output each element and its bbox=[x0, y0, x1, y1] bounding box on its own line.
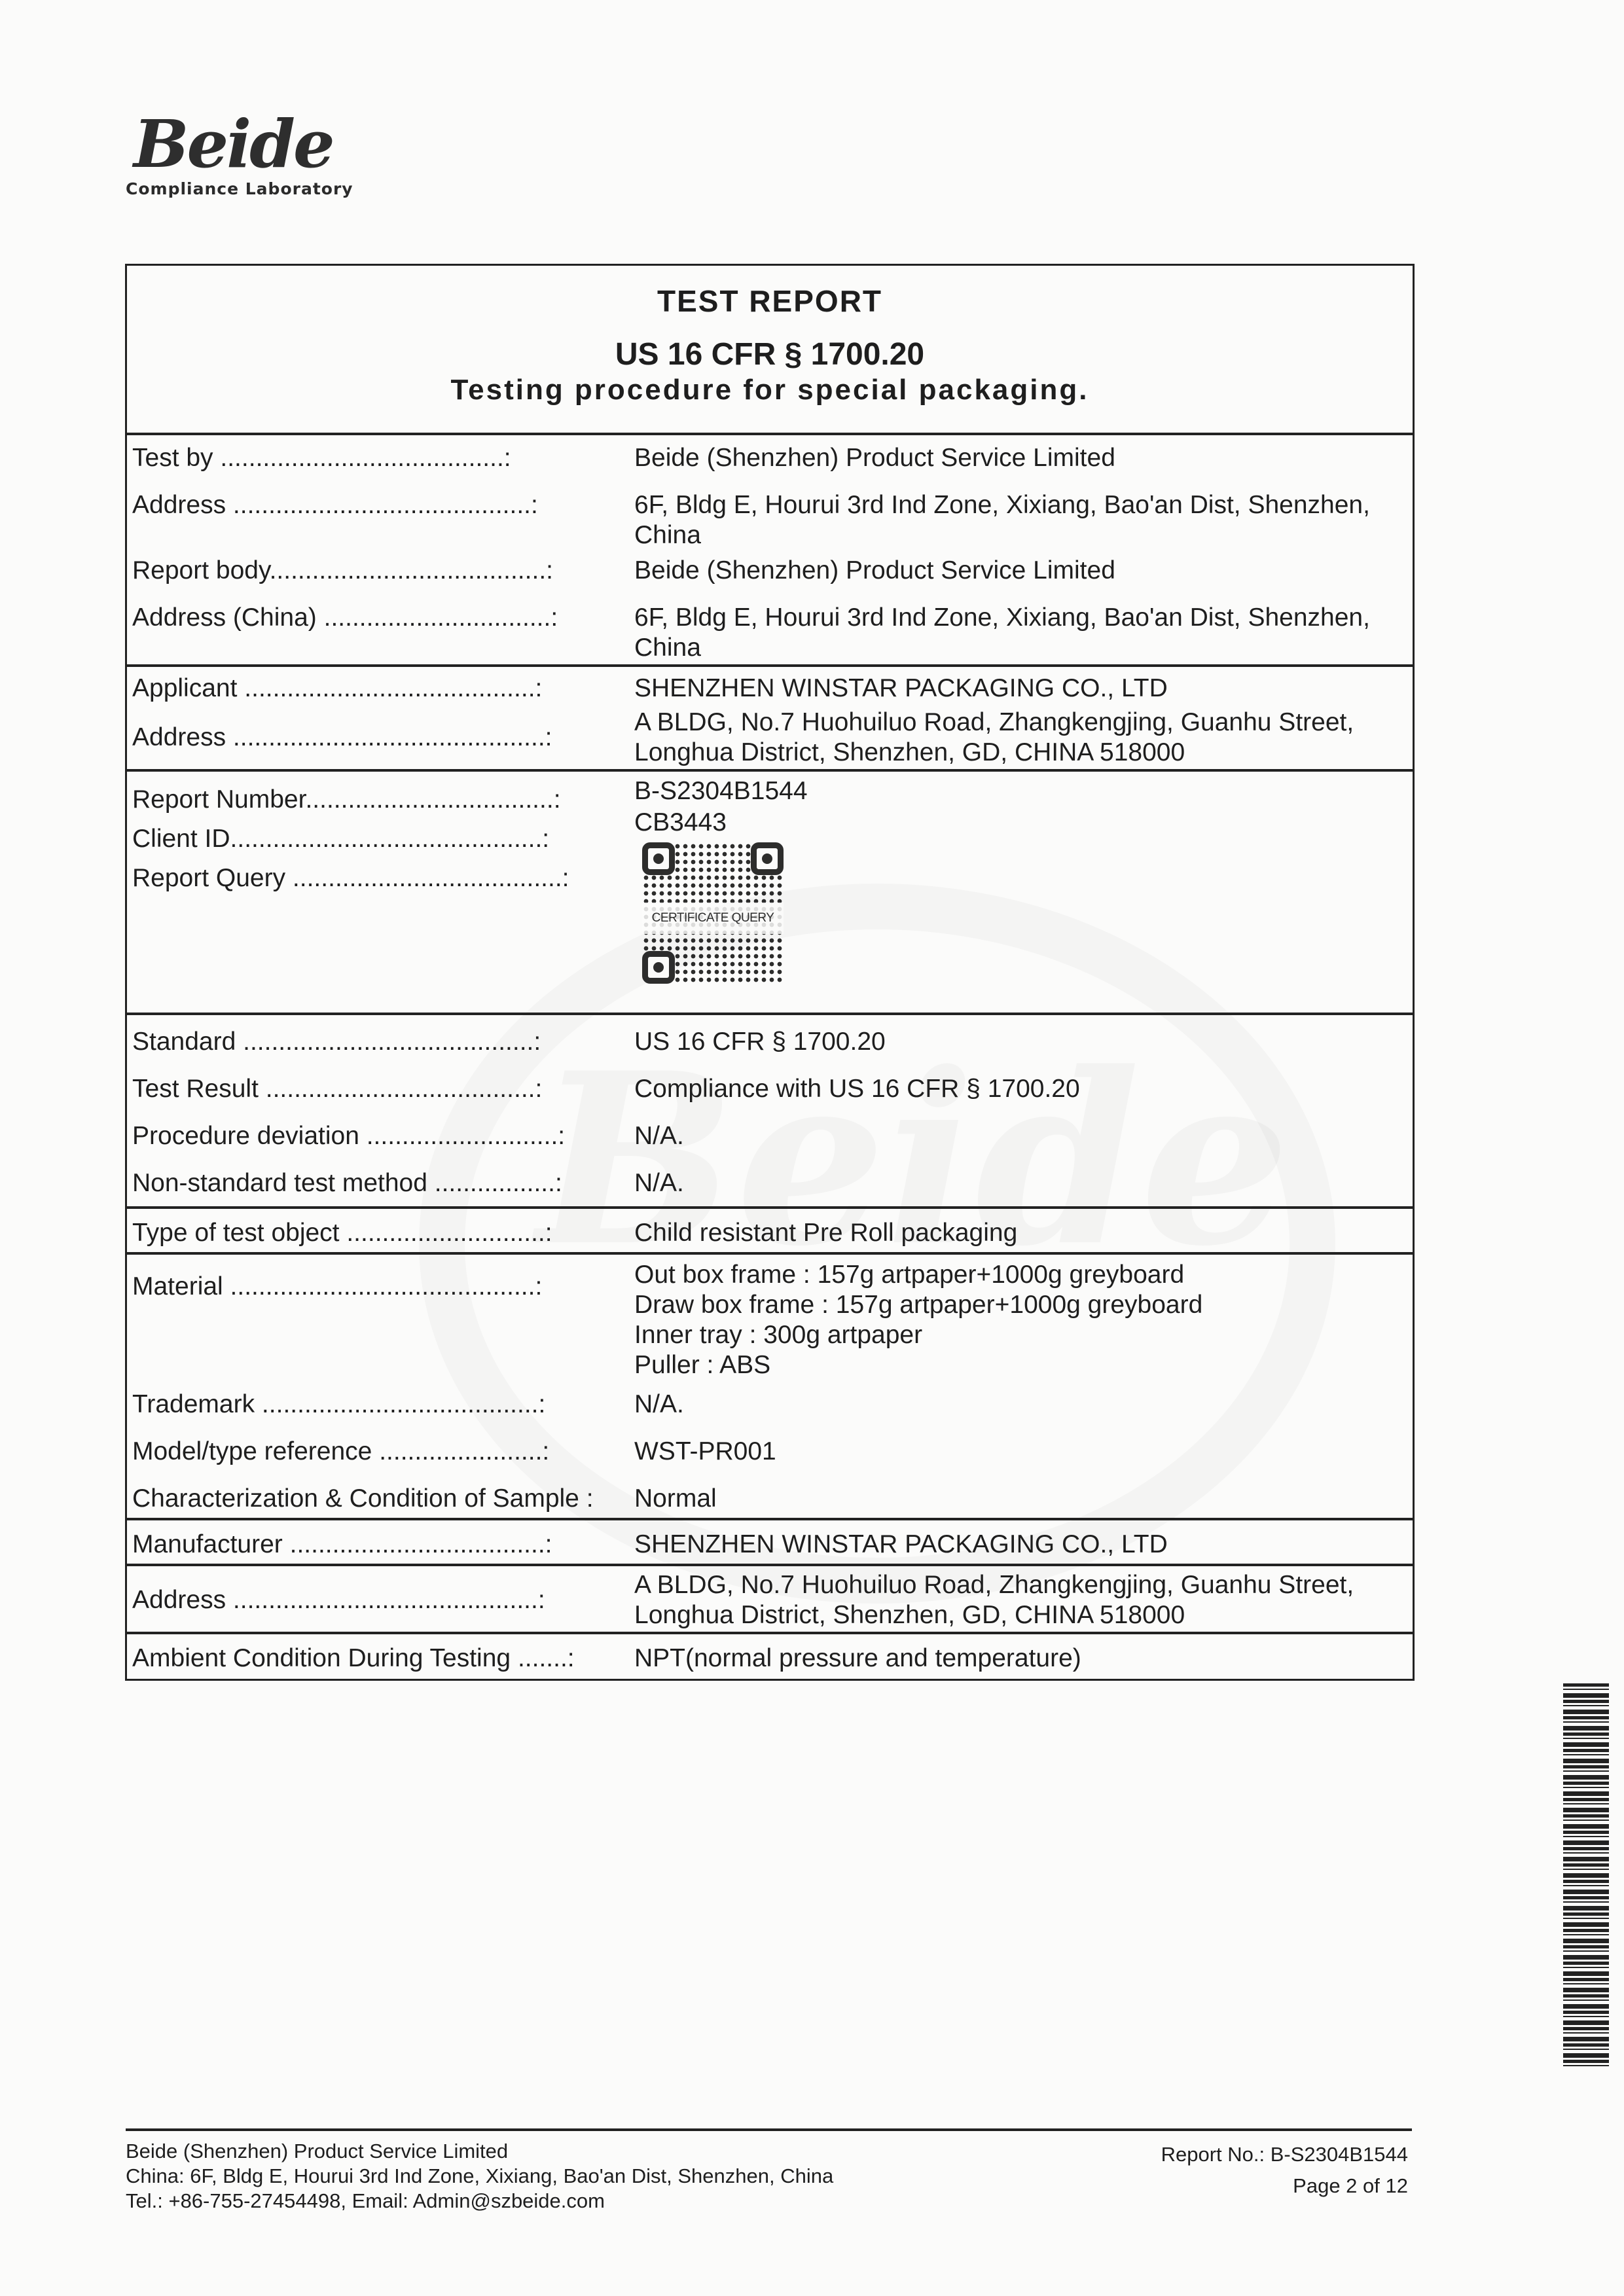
row-report-body: Report body.............................… bbox=[127, 556, 1413, 586]
field-label: Material ...............................… bbox=[127, 1260, 615, 1302]
row-report-query: Report Query ...........................… bbox=[127, 863, 615, 893]
field-value: Child resistant Pre Roll packaging bbox=[615, 1218, 1413, 1248]
section-report: Report Number...........................… bbox=[127, 772, 1413, 1015]
field-value: Beide (Shenzhen) Product Service Limited bbox=[615, 443, 1413, 473]
field-value: US 16 CFR § 1700.20 bbox=[615, 1027, 1413, 1057]
section-test-object: Type of test object ....................… bbox=[127, 1209, 1413, 1255]
row-manufacturer-address: Address ................................… bbox=[127, 1570, 1413, 1630]
qr-finder-icon bbox=[751, 842, 784, 875]
field-label: Report Number...........................… bbox=[127, 785, 615, 815]
section-manufacturer-address: Address ................................… bbox=[127, 1566, 1413, 1634]
row-standard: Standard ...............................… bbox=[127, 1027, 1413, 1057]
footer-divider bbox=[126, 2128, 1412, 2131]
report-labels: Report Number...........................… bbox=[127, 785, 615, 893]
row-material: Material ...............................… bbox=[127, 1260, 1413, 1380]
report-values: B-S2304B1544 CB3443 CERTIFICATE QUERY bbox=[634, 776, 808, 984]
field-value: NPT(normal pressure and temperature) bbox=[615, 1643, 1413, 1674]
field-label: Address (China) ........................… bbox=[127, 603, 615, 633]
footer-report-number: Report No.: B-S2304B1544 bbox=[1161, 2139, 1408, 2170]
field-label: Non-standard test method ...............… bbox=[127, 1168, 615, 1198]
row-ambient-condition: Ambient Condition During Testing .......… bbox=[127, 1643, 1413, 1674]
field-value: A BLDG, No.7 Huohuiluo Road, Zhangkengji… bbox=[615, 708, 1413, 768]
field-value: WST-PR001 bbox=[615, 1437, 1413, 1467]
field-label: Test Result ............................… bbox=[127, 1074, 615, 1104]
field-label: Applicant ..............................… bbox=[127, 673, 615, 704]
field-label: Standard ...............................… bbox=[127, 1027, 615, 1057]
field-label: Manufacturer ...........................… bbox=[127, 1530, 615, 1560]
field-label: Procedure deviation ....................… bbox=[127, 1121, 615, 1151]
report-number-value: B-S2304B1544 bbox=[634, 776, 808, 807]
section-sample: Material ...............................… bbox=[127, 1255, 1413, 1520]
page-number: Page 2 of 12 bbox=[1161, 2170, 1408, 2202]
row-report-number: Report Number...........................… bbox=[127, 785, 615, 815]
row-client-id: Client ID...............................… bbox=[127, 824, 615, 854]
report-title-block: TEST REPORT US 16 CFR § 1700.20 Testing … bbox=[127, 266, 1413, 435]
field-value: Compliance with US 16 CFR § 1700.20 bbox=[615, 1074, 1413, 1104]
section-manufacturer: Manufacturer ...........................… bbox=[127, 1520, 1413, 1566]
field-label: Report body.............................… bbox=[127, 556, 615, 586]
row-test-result: Test Result ............................… bbox=[127, 1074, 1413, 1104]
row-applicant: Applicant ..............................… bbox=[127, 673, 1413, 704]
field-label: Address ................................… bbox=[127, 723, 615, 753]
field-label: Client ID...............................… bbox=[127, 824, 615, 854]
report-title: TEST REPORT bbox=[127, 283, 1413, 319]
field-label: Report Query ...........................… bbox=[127, 863, 615, 893]
qr-finder-icon bbox=[642, 951, 675, 984]
row-test-by: Test by ................................… bbox=[127, 443, 1413, 473]
section-lab: Test by ................................… bbox=[127, 435, 1413, 667]
field-value: SHENZHEN WINSTAR PACKAGING CO., LTD bbox=[615, 673, 1413, 704]
field-label: Characterization & Condition of Sample : bbox=[127, 1484, 615, 1514]
field-label: Model/type reference ...................… bbox=[127, 1437, 615, 1467]
field-value: SHENZHEN WINSTAR PACKAGING CO., LTD bbox=[615, 1530, 1413, 1560]
field-label: Address ................................… bbox=[127, 1585, 615, 1615]
certificate-query-qr-code[interactable]: CERTIFICATE QUERY bbox=[642, 842, 784, 984]
qr-finder-icon bbox=[642, 842, 675, 875]
section-applicant: Applicant ..............................… bbox=[127, 667, 1413, 772]
field-value: A BLDG, No.7 Huohuiluo Road, Zhangkengji… bbox=[615, 1570, 1413, 1630]
footer-company: Beide (Shenzhen) Product Service Limited bbox=[126, 2139, 833, 2164]
field-value: Normal bbox=[615, 1484, 1413, 1514]
row-procedure-deviation: Procedure deviation ....................… bbox=[127, 1121, 1413, 1151]
row-address: Address ................................… bbox=[127, 490, 1413, 550]
field-value: N/A. bbox=[615, 1390, 1413, 1420]
footer-address: China: 6F, Bldg E, Hourui 3rd Ind Zone, … bbox=[126, 2164, 833, 2189]
field-value: 6F, Bldg E, Hourui 3rd Ind Zone, Xixiang… bbox=[615, 603, 1413, 663]
footer-company-info: Beide (Shenzhen) Product Service Limited… bbox=[126, 2139, 833, 2214]
field-value: N/A. bbox=[615, 1121, 1413, 1151]
section-standard: Standard ...............................… bbox=[127, 1015, 1413, 1209]
row-manufacturer: Manufacturer ...........................… bbox=[127, 1530, 1413, 1560]
client-id-value: CB3443 bbox=[634, 807, 808, 838]
field-label: Address ................................… bbox=[127, 490, 615, 520]
footer-report-info: Report No.: B-S2304B1544 Page 2 of 12 bbox=[1161, 2139, 1408, 2202]
row-model-type-reference: Model/type reference ...................… bbox=[127, 1437, 1413, 1467]
qr-caption: CERTIFICATE QUERY bbox=[642, 903, 784, 934]
row-trademark: Trademark ..............................… bbox=[127, 1390, 1413, 1420]
report-standard-title: US 16 CFR § 1700.20 bbox=[127, 336, 1413, 372]
field-label: Ambient Condition During Testing .......… bbox=[127, 1643, 615, 1674]
footer-contact: Tel.: +86-755-27454498, Email: Admin@szb… bbox=[126, 2189, 833, 2214]
report-info-table: TEST REPORT US 16 CFR § 1700.20 Testing … bbox=[125, 264, 1415, 1681]
company-logo: Beide Compliance Laboratory bbox=[126, 111, 353, 198]
logo-subtitle: Compliance Laboratory bbox=[126, 179, 353, 198]
field-value: N/A. bbox=[615, 1168, 1413, 1198]
document-barcode bbox=[1563, 1683, 1609, 2066]
report-subtitle: Testing procedure for special packaging. bbox=[127, 374, 1413, 406]
section-ambient: Ambient Condition During Testing .......… bbox=[127, 1634, 1413, 1679]
field-label: Test by ................................… bbox=[127, 443, 615, 473]
field-label: Type of test object ....................… bbox=[127, 1218, 615, 1248]
field-value: Out box frame : 157g artpaper+1000g grey… bbox=[615, 1260, 1413, 1380]
field-value: 6F, Bldg E, Hourui 3rd Ind Zone, Xixiang… bbox=[615, 490, 1413, 550]
row-sample-condition: Characterization & Condition of Sample :… bbox=[127, 1484, 1413, 1514]
row-applicant-address: Address ................................… bbox=[127, 708, 1413, 768]
row-type-of-test-object: Type of test object ....................… bbox=[127, 1218, 1413, 1248]
field-label: Trademark ..............................… bbox=[127, 1390, 615, 1420]
row-non-standard-method: Non-standard test method ...............… bbox=[127, 1168, 1413, 1198]
field-value: Beide (Shenzhen) Product Service Limited bbox=[615, 556, 1413, 586]
row-address-china: Address (China) ........................… bbox=[127, 603, 1413, 663]
logo-wordmark: Beide bbox=[134, 111, 353, 177]
